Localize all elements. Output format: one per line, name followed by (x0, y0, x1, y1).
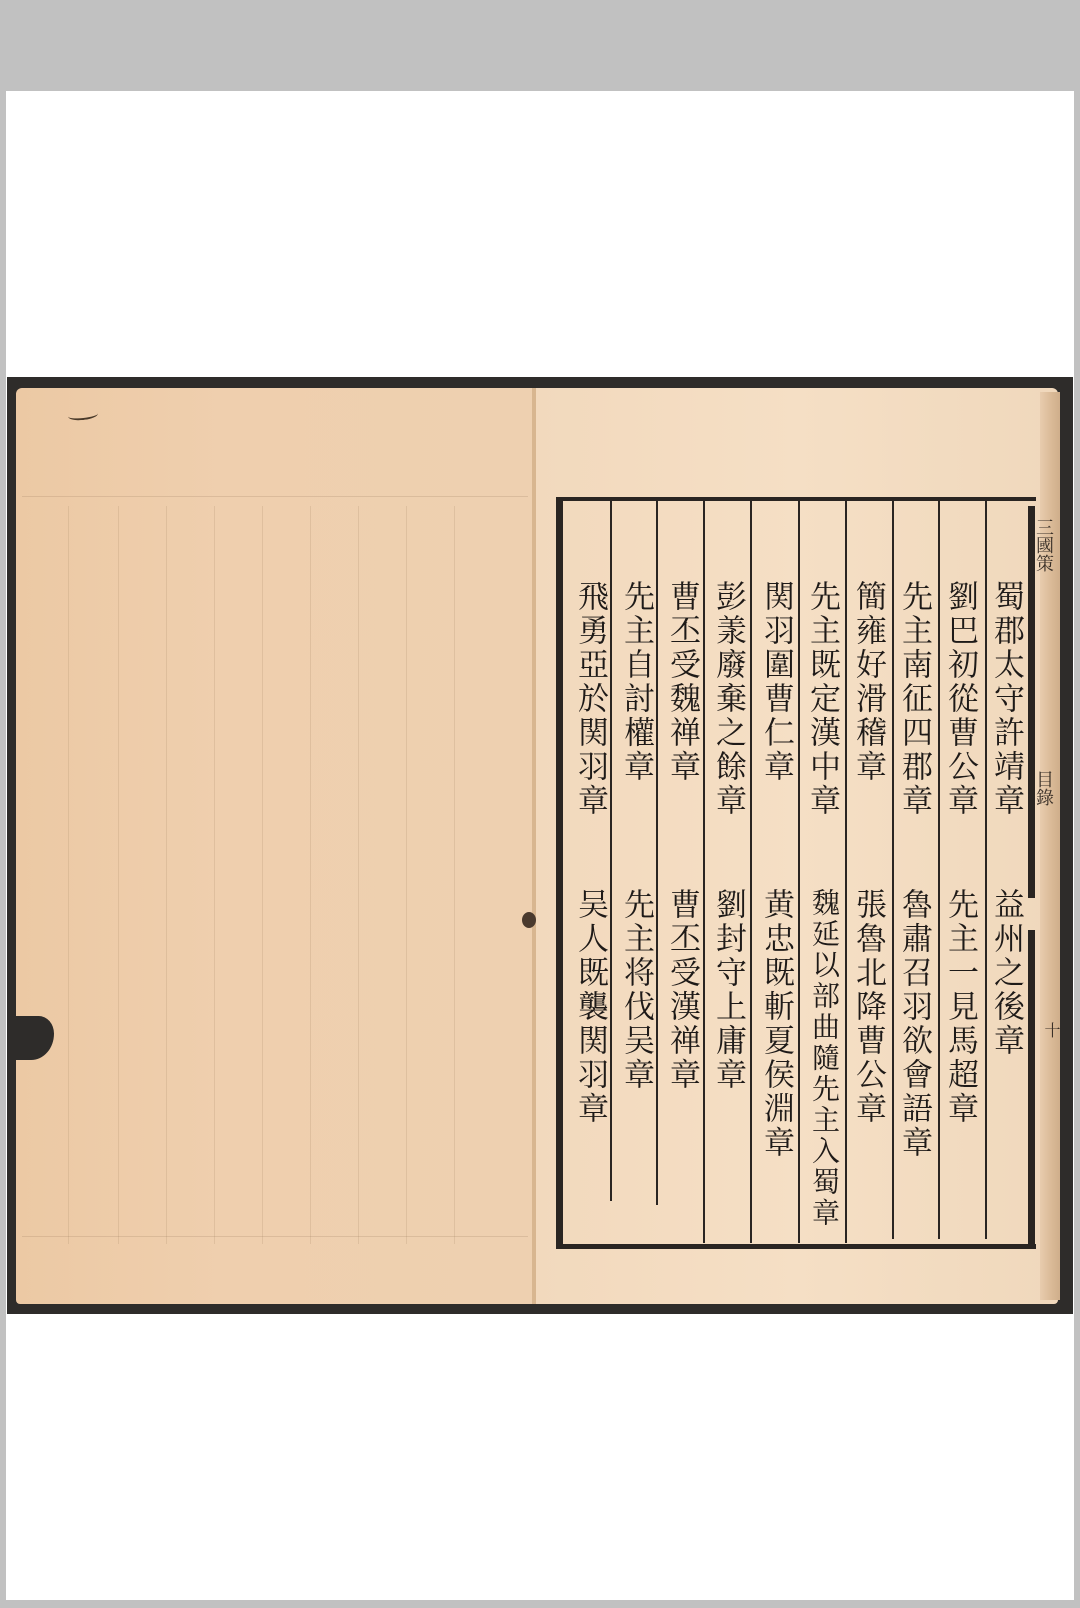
toc-entry: 曹丕受漢禅章 (660, 888, 704, 1092)
margin-section: 目錄 (1034, 770, 1056, 806)
toc-entry: 先主南征四郡章 (892, 580, 936, 818)
faint-rule (214, 506, 215, 1244)
toc-entry: 先主一見馬超章 (938, 888, 982, 1126)
folio-number: 十 (1040, 1022, 1063, 1038)
toc-entry: 先主将伐吴章 (614, 888, 658, 1092)
faint-rule (262, 506, 263, 1244)
toc-entry: 張魯北降曹公章 (846, 888, 890, 1126)
toc-entry: 彭羕廢棄之餘章 (706, 580, 750, 818)
left-page-blank (16, 388, 534, 1304)
toc-entry: 劉封守上庸章 (706, 888, 750, 1092)
faint-rule (166, 506, 167, 1244)
toc-entry: 劉巴初從曹公章 (938, 580, 982, 818)
faint-rule (22, 1236, 528, 1237)
margin-title: 三國策 (1034, 518, 1056, 572)
toc-entry: 蜀郡太守許靖章 (984, 580, 1028, 818)
toc-entry: 飛勇亞於関羽章 (568, 580, 612, 818)
toc-entry: 関羽圍曹仁章 (754, 580, 798, 784)
column-rule (750, 501, 752, 1243)
frame-right-border (1028, 930, 1035, 1248)
faint-rule (22, 496, 528, 497)
faint-rule (310, 506, 311, 1244)
ink-mark (68, 408, 99, 421)
faint-rule (358, 506, 359, 1244)
toc-entry: 曹丕受魏禅章 (660, 580, 704, 784)
toc-entry: 魏延以部曲隨先主入蜀章 (800, 888, 844, 1229)
faint-rule (454, 506, 455, 1244)
faint-rule (118, 506, 119, 1244)
toc-entry: 先主自討權章 (614, 580, 658, 784)
toc-entry: 魯肅召羽欲會語章 (892, 888, 936, 1160)
toc-entry: 黄忠既斬夏侯淵章 (754, 888, 798, 1160)
toc-entry: 簡雍好滑稽章 (846, 580, 890, 784)
torn-edge (16, 1016, 54, 1060)
toc-entry: 先主既定漢中章 (800, 580, 844, 818)
faint-rule (68, 506, 69, 1244)
faint-rule (406, 506, 407, 1244)
toc-entry: 吴人既襲関羽章 (568, 888, 612, 1126)
toc-entry: 益州之後章 (984, 888, 1028, 1058)
binding-hole (522, 912, 536, 928)
